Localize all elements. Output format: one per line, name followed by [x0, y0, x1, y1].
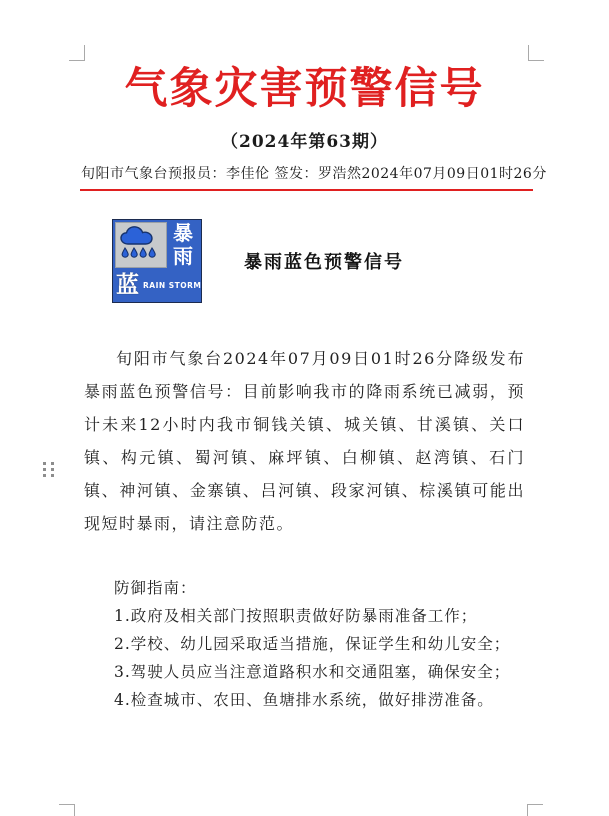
meta-row: 旬阳市气象台 预报员：李佳伦 签发：罗浩然 2024年07月09日01时26分: [81, 163, 532, 183]
rainstorm-blue-warning-icon: 暴 雨 蓝 RAIN STORM: [112, 219, 202, 303]
signal-row: 暴 雨 蓝 RAIN STORM 暴雨蓝色预警信号: [112, 219, 609, 303]
defense-guide: 防御指南： 1.政府及相关部门按照职责做好防暴雨准备工作； 2.学校、幼儿园采取…: [114, 574, 525, 714]
signal-heading: 暴雨蓝色预警信号: [244, 248, 404, 274]
document-page: 气象灾害预警信号 （2024年第63期） 旬阳市气象台 预报员：李佳伦 签发：罗…: [0, 0, 609, 816]
issue-datetime: 2024年07月09日01时26分: [361, 163, 546, 183]
text-boundary-corner-top-left: [69, 45, 85, 61]
icon-english-label: RAIN STORM: [143, 281, 201, 290]
rain-cloud-panel: [115, 222, 167, 268]
defense-guide-item: 1.政府及相关部门按照职责做好防暴雨准备工作；: [114, 602, 525, 630]
icon-char-bao: 暴: [173, 222, 193, 245]
page-title: 气象灾害预警信号: [0, 0, 609, 112]
issue-number: （2024年第63期）: [0, 127, 609, 152]
text-boundary-corner-top-right: [528, 45, 544, 61]
text-boundary-corner-bottom-right: [527, 804, 543, 816]
icon-vertical-characters: 暴 雨: [167, 222, 199, 270]
drag-handle-icon[interactable]: [43, 462, 54, 477]
icon-level-character: 蓝: [116, 272, 139, 298]
warning-body-paragraph: 旬阳市气象台2024年07月09日01时26分降级发布暴雨蓝色预警信号：目前影响…: [84, 342, 525, 540]
staff-names: 预报员：李佳伦 签发：罗浩然: [168, 163, 361, 183]
rain-cloud-icon: [118, 225, 164, 265]
defense-guide-heading: 防御指南：: [114, 574, 525, 602]
icon-char-yu: 雨: [173, 245, 193, 268]
defense-guide-item: 3.驾驶人员应当注意道路积水和交通阻塞，确保安全；: [114, 658, 525, 686]
text-boundary-corner-bottom-left: [59, 804, 75, 816]
station-name: 旬阳市气象台: [81, 163, 168, 183]
defense-guide-item: 2.学校、幼儿园采取适当措施，保证学生和幼儿安全；: [114, 630, 525, 658]
header-divider-rule: [80, 189, 533, 191]
defense-guide-item: 4.检查城市、农田、鱼塘排水系统，做好排涝准备。: [114, 686, 525, 714]
